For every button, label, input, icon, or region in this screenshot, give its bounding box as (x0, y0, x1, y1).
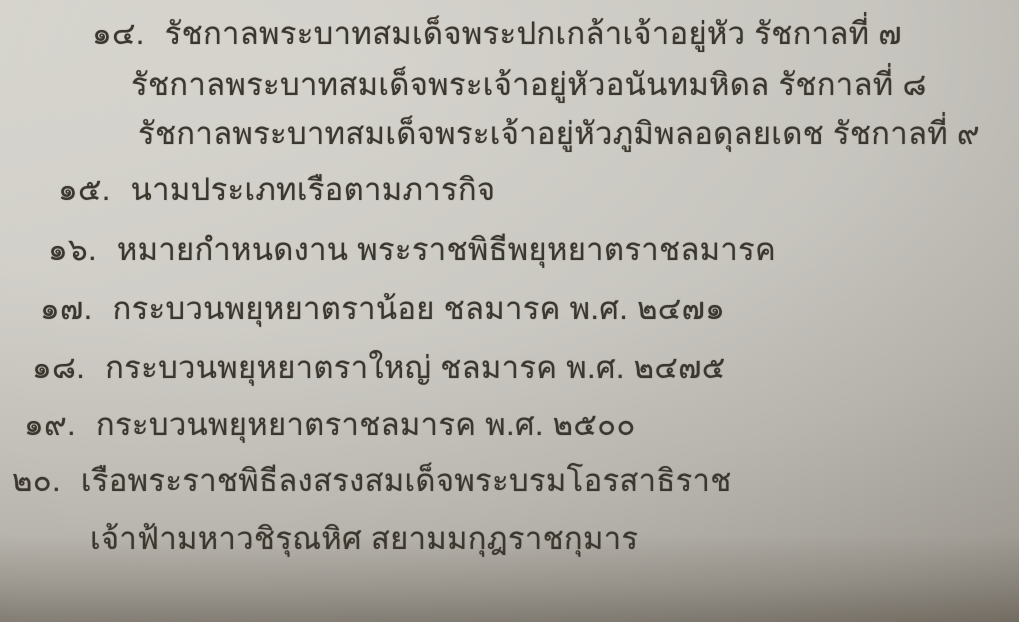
list-item-16: ๑๖.หมายกำหนดงาน พระราชพิธีพยุหยาตราชลมาร… (48, 229, 776, 271)
list-item-14-line-3: รัชกาลพระบาทสมเด็จพระเจ้าอยู่หัวภูมิพลอด… (138, 113, 980, 155)
list-item-20-line-1: ๒๐.เรือพระราชพิธีลงสรงสมเด็จพระบรมโอรสาธ… (12, 460, 732, 502)
item-text: รัชกาลพระบาทสมเด็จพระปกเกล้าเจ้าอยู่หัว … (165, 16, 902, 51)
item-number-16: ๑๖. (48, 229, 97, 271)
item-number-17: ๑๗. (40, 288, 93, 330)
list-item-15: ๑๕.นามประเภทเรือตามภารกิจ (58, 169, 495, 211)
item-text: กระบวนพยุหยาตราใหญ่ ชลมารค พ.ศ. ๒๔๗๕ (105, 350, 725, 385)
list-item-19: ๑๙.กระบวนพยุหยาตราชลมารค พ.ศ. ๒๕๐๐ (24, 404, 636, 446)
item-text: กระบวนพยุหยาตราน้อย ชลมารค พ.ศ. ๒๔๗๑ (113, 291, 726, 326)
item-text: รัชกาลพระบาทสมเด็จพระเจ้าอยู่หัวภูมิพลอด… (138, 116, 980, 151)
item-text: เรือพระราชพิธีลงสรงสมเด็จพระบรมโอรสาธิรา… (81, 463, 732, 498)
item-number-15: ๑๕. (58, 169, 111, 211)
list-item-17: ๑๗.กระบวนพยุหยาตราน้อย ชลมารค พ.ศ. ๒๔๗๑ (40, 288, 725, 330)
item-text: เจ้าฟ้ามหาวชิรุณหิศ สยามมกุฎราชกุมาร (90, 521, 638, 556)
list-item-18: ๑๘.กระบวนพยุหยาตราใหญ่ ชลมารค พ.ศ. ๒๔๗๕ (32, 347, 726, 389)
item-text: นามประเภทเรือตามภารกิจ (131, 172, 496, 207)
list-item-14-line-1: ๑๔.รัชกาลพระบาทสมเด็จพระปกเกล้าเจ้าอยู่ห… (92, 13, 902, 55)
item-number-19: ๑๙. (24, 404, 76, 446)
item-text: กระบวนพยุหยาตราชลมารค พ.ศ. ๒๕๐๐ (96, 407, 636, 442)
item-number-18: ๑๘. (32, 347, 85, 389)
item-number-14: ๑๔. (92, 13, 145, 55)
list-item-14-line-2: รัชกาลพระบาทสมเด็จพระเจ้าอยู่หัวอนันทมหิ… (131, 64, 927, 106)
photographed-document-page: ๑๔.รัชกาลพระบาทสมเด็จพระปกเกล้าเจ้าอยู่ห… (0, 0, 1019, 622)
item-text: รัชกาลพระบาทสมเด็จพระเจ้าอยู่หัวอนันทมหิ… (131, 67, 927, 102)
item-text: หมายกำหนดงาน พระราชพิธีพยุหยาตราชลมารค (117, 232, 776, 267)
item-number-20: ๒๐. (12, 460, 61, 502)
list-item-20-line-2: เจ้าฟ้ามหาวชิรุณหิศ สยามมกุฎราชกุมาร (90, 518, 638, 560)
